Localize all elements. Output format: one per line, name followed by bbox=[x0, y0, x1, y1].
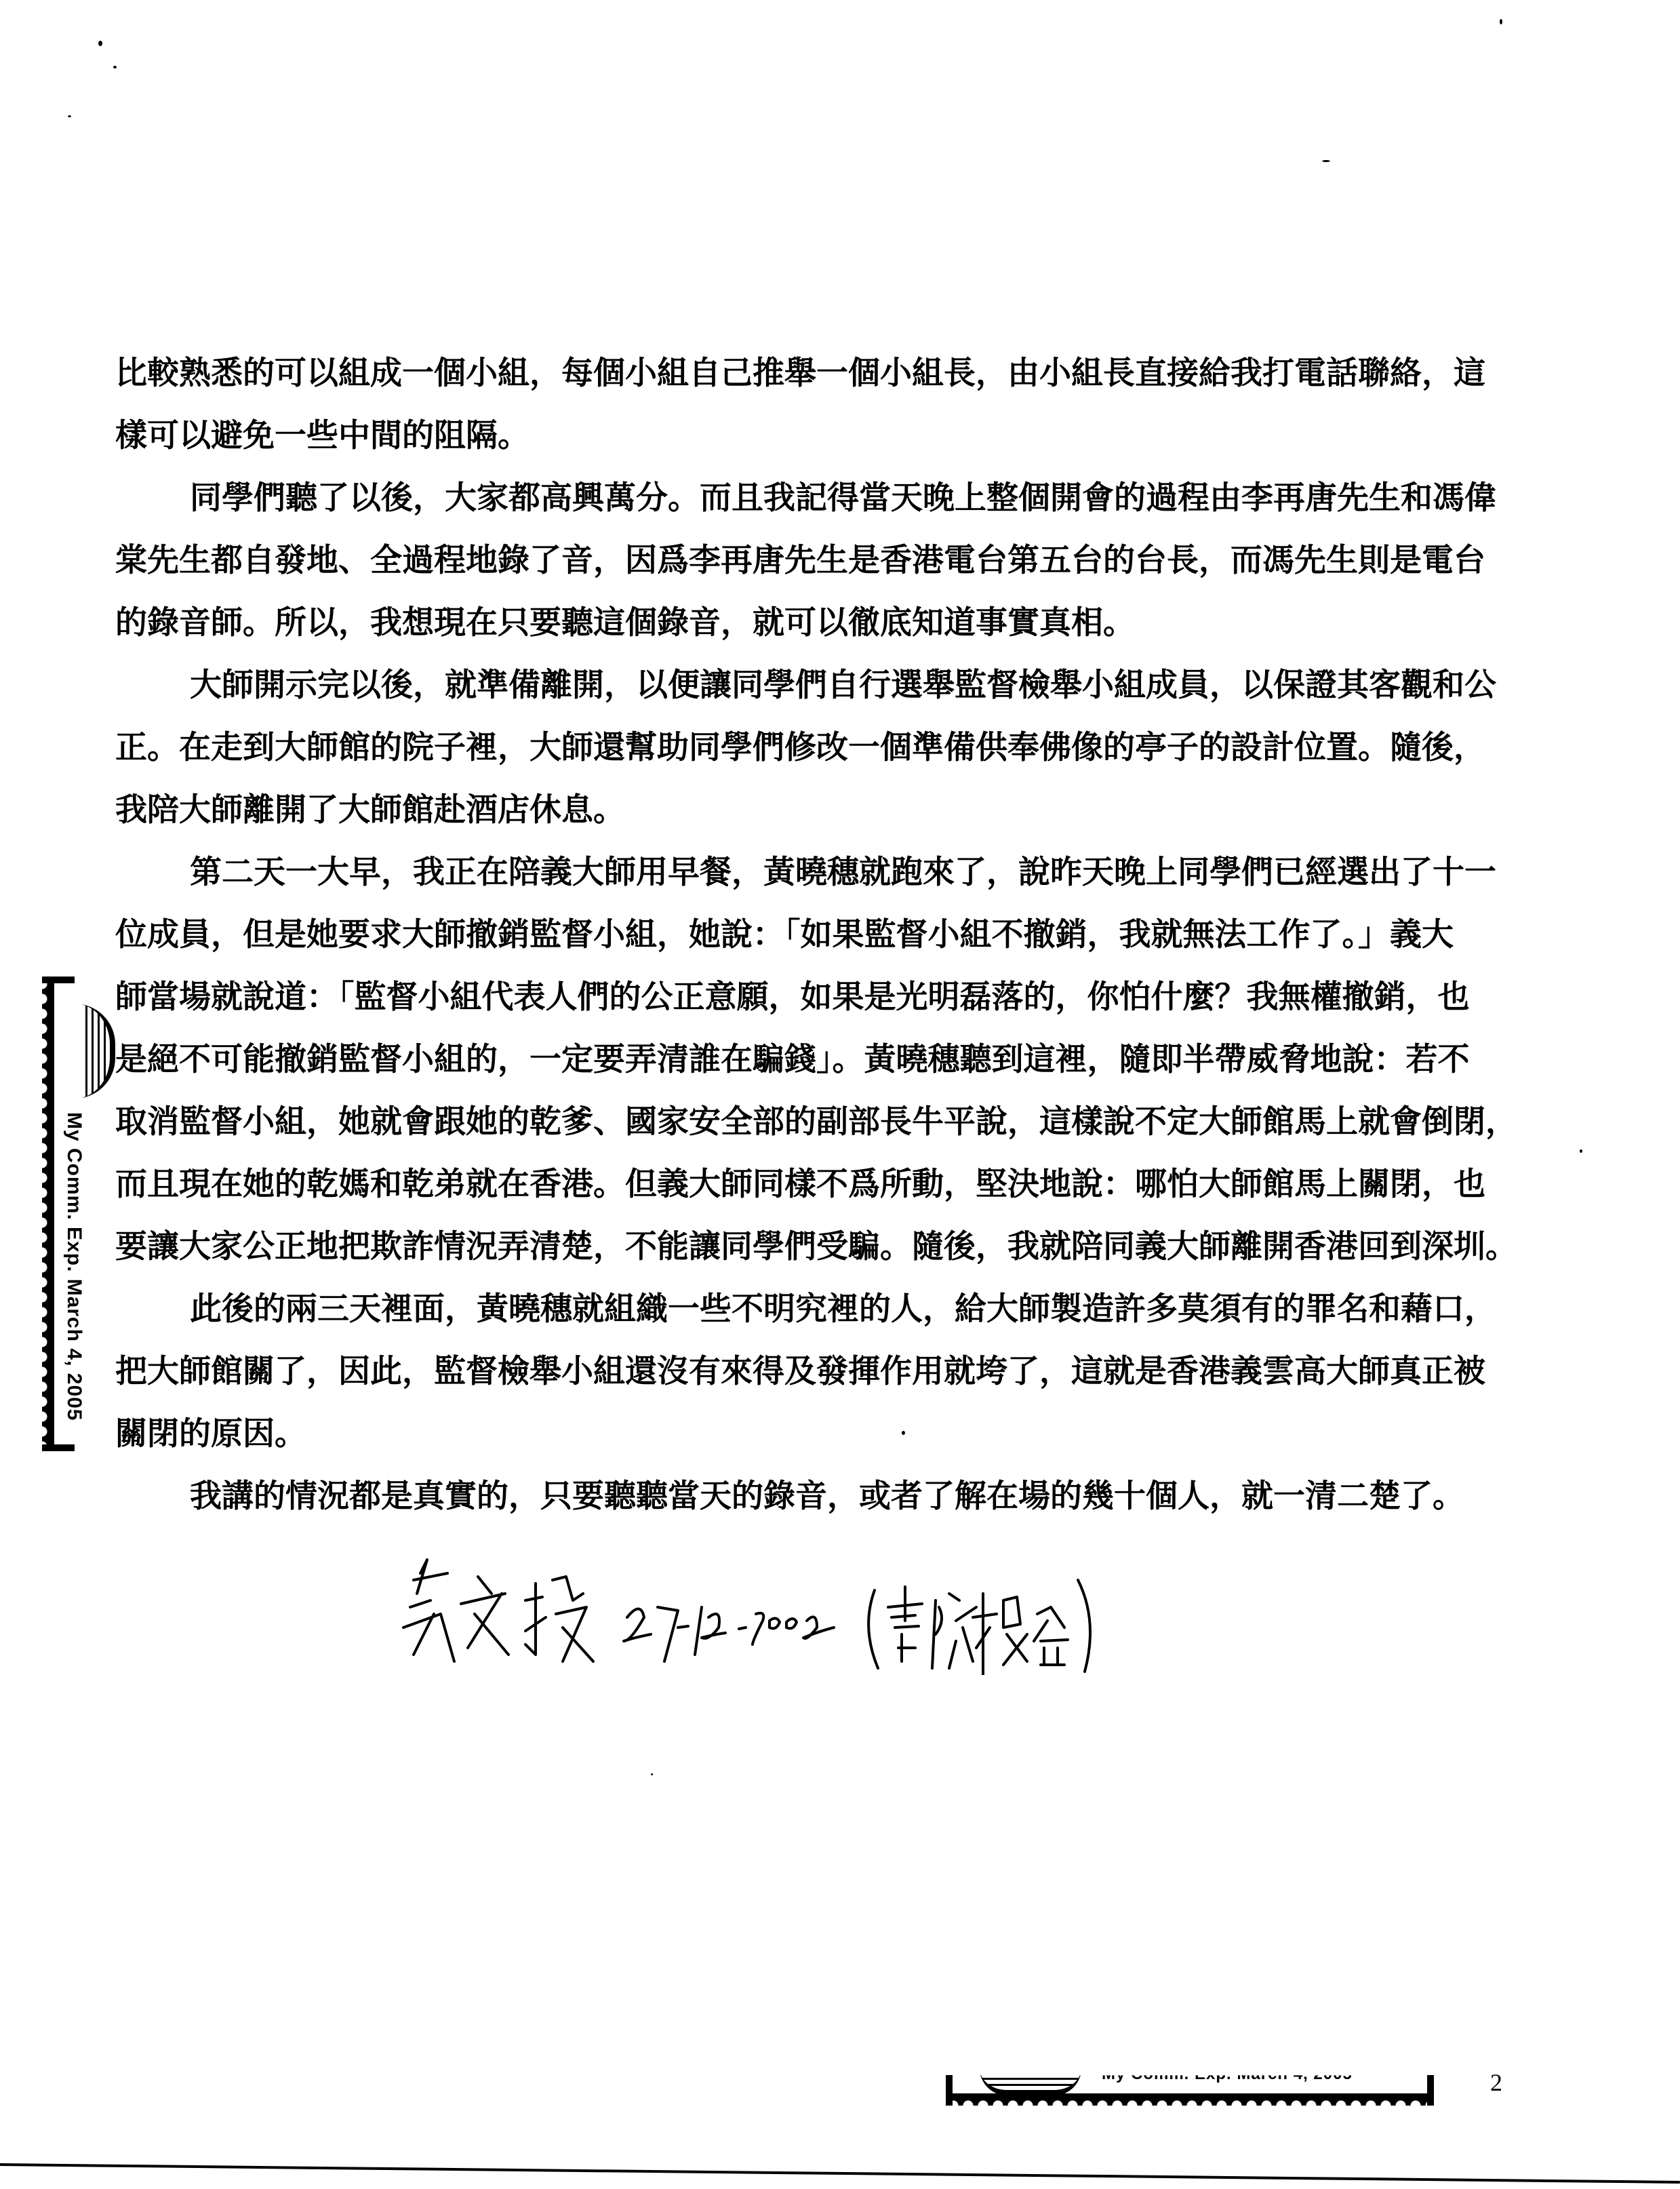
stamp-border bbox=[42, 977, 54, 1451]
document-page: 比較熟悉的可以組成一個小組，每個小組自己推舉一個小組長，由小組長直接給我打電話聯… bbox=[0, 0, 1680, 2189]
stamp-border bbox=[42, 1444, 75, 1451]
text-line: 棠先生都自發地、全過程地錄了音，因爲李再唐先生是香港電台第五台的台長，而馮先生則… bbox=[115, 530, 1539, 592]
stamp-border bbox=[1427, 2075, 1434, 2106]
notary-stamp-side: My Comm. Exp. March 4, 2005 bbox=[42, 977, 100, 1451]
notary-seal-icon bbox=[69, 1004, 115, 1099]
text-line: 我講的情況都是真實的，只要聽聽當天的錄音，或者了解在場的幾十個人，就一清二楚了。 bbox=[115, 1465, 1539, 1528]
paragraph: 我講的情況都是真實的，只要聽聽當天的錄音，或者了解在場的幾十個人，就一清二楚了。 bbox=[115, 1465, 1539, 1528]
body-text: 比較熟悉的可以組成一個小組，每個小組自己推舉一個小組長，由小組長直接給我打電話聯… bbox=[115, 342, 1539, 1528]
notary-seal-icon bbox=[980, 2068, 1081, 2095]
text-line: 師當場就說道：「監督小組代表人們的公正意願，如果是光明磊落的，你怕什麼？我無權撤… bbox=[115, 966, 1539, 1029]
text-line: 關閉的原因。 bbox=[115, 1403, 1539, 1465]
text-line: 我陪大師離開了大師館赴酒店休息。 bbox=[115, 779, 1539, 842]
text-line: 此後的兩三天裡面，黃曉穗就組織一些不明究裡的人，給大師製造許多莫須有的罪名和藉口… bbox=[115, 1278, 1539, 1341]
text-line: 比較熟悉的可以組成一個小組，每個小組自己推舉一個小組長，由小組長直接給我打電話聯… bbox=[115, 342, 1539, 405]
scan-speck bbox=[1322, 160, 1330, 162]
text-line: 正。在走到大師館的院子裡，大師還幫助同學們修改一個準備供奉佛像的亭子的設計位置。… bbox=[115, 717, 1539, 779]
scan-speck bbox=[1500, 19, 1502, 24]
paragraph: 第二天一大早，我正在陪義大師用早餐，黃曉穗就跑來了，說昨天晚上同學們已經選出了十… bbox=[115, 842, 1539, 1278]
text-line: 取消監督小組，她就會跟她的乾爹、國家安全部的副部長牛平說，這樣說不定大師館馬上就… bbox=[115, 1091, 1539, 1153]
stamp-text: My Comm. Exp. March 4, 2005 bbox=[62, 1112, 85, 1421]
scan-speck bbox=[68, 115, 71, 117]
page-number: 2 bbox=[1490, 2068, 1502, 2097]
scan-speck bbox=[113, 66, 117, 68]
paragraph: 比較熟悉的可以組成一個小組，每個小組自己推舉一個小組長，由小組長直接給我打電話聯… bbox=[115, 342, 1539, 467]
text-line: 位成員，但是她要求大師撤銷監督小組，她說：「如果監督小組不撤銷，我就無法工作了。… bbox=[115, 904, 1539, 966]
text-line: 同學們聽了以後，大家都高興萬分。而且我記得當天晚上整個開會的過程由李再唐先生和馮… bbox=[115, 467, 1539, 530]
text-line: 大師開示完以後，就準備離開，以便讓同學們自行選舉監督檢舉小組成員，以保證其客觀和… bbox=[115, 654, 1539, 717]
text-line: 是絕不可能撤銷監督小組的，一定要弄清誰在騙錢」。黃曉穗聽到這裡，隨即半帶威脅地說… bbox=[115, 1029, 1539, 1091]
text-line: 第二天一大早，我正在陪義大師用早餐，黃曉穗就跑來了，說昨天晚上同學們已經選出了十… bbox=[115, 842, 1539, 904]
text-line: 的錄音師。所以，我想現在只要聽這個錄音，就可以徹底知道事實真相。 bbox=[115, 592, 1539, 654]
scan-speck bbox=[651, 1773, 653, 1775]
scan-edge-line bbox=[0, 2163, 1680, 2184]
text-line: 而且現在她的乾媽和乾弟就在香港。但義大師同樣不爲所動，堅決地說：哪怕大師館馬上關… bbox=[115, 1153, 1539, 1216]
text-line: 把大師館關了，因此，監督檢舉小組還沒有來得及發揮作用就垮了，這就是香港義雲高大師… bbox=[115, 1341, 1539, 1403]
text-line: 要讓大家公正地把欺詐情況弄清楚，不能讓同學們受騙。隨後，我就陪同義大師離開香港回… bbox=[115, 1216, 1539, 1278]
scan-speck bbox=[1580, 1149, 1582, 1153]
signature-strokes-icon bbox=[400, 1553, 1431, 1675]
stamp-border bbox=[946, 2075, 953, 2106]
scan-speck bbox=[98, 41, 102, 46]
paragraph: 同學們聽了以後，大家都高興萬分。而且我記得當天晚上整個開會的過程由李再唐先生和馮… bbox=[115, 467, 1539, 654]
stamp-text: My Comm. Exp. March 4, 2005 bbox=[1102, 2065, 1353, 2084]
text-line: 樣可以避免一些中間的阻隔。 bbox=[115, 405, 1539, 467]
notary-stamp-bottom: My Comm. Exp. March 4, 2005 bbox=[946, 2065, 1434, 2106]
paragraph: 大師開示完以後，就準備離開，以便讓同學們自行選舉監督檢舉小組成員，以保證其客觀和… bbox=[115, 654, 1539, 842]
stamp-border bbox=[42, 977, 75, 983]
paragraph: 此後的兩三天裡面，黃曉穗就組織一些不明究裡的人，給大師製造許多莫須有的罪名和藉口… bbox=[115, 1278, 1539, 1465]
handwritten-signature: 吳文投 bbox=[400, 1553, 1431, 1675]
